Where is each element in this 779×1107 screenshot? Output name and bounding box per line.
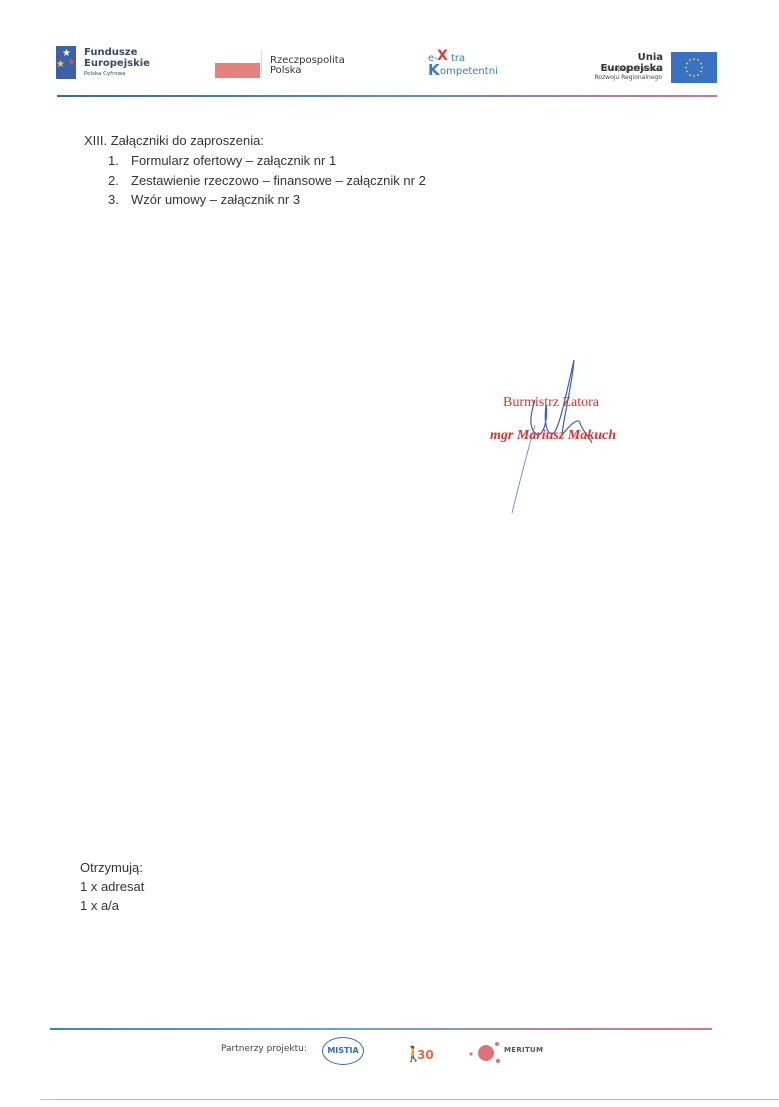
eu-flag-icon xyxy=(671,52,717,83)
list-item: Formularz ofertowy – załącznik nr 1 xyxy=(131,153,336,168)
30-lat-logo-icon: · · · · · · 🚶 30 xyxy=(404,1040,438,1066)
recipients-heading: Otrzymują: xyxy=(80,860,143,875)
meritum-logo-icon: MERITUM xyxy=(468,1040,548,1066)
list-item: Zestawienie rzeczowo – finansowe – załąc… xyxy=(131,173,426,188)
meritum-logo-text: MERITUM xyxy=(504,1046,543,1054)
fundusze-logo-subtext: Polska Cyfrowa xyxy=(84,71,126,77)
list-item-number: 3. xyxy=(108,192,119,207)
recipient-line: 1 x adresat xyxy=(80,879,144,894)
mistia-logo-icon: MISTIA xyxy=(322,1037,364,1065)
section-title: XIII. Załączniki do zaproszenia: xyxy=(84,133,264,148)
list-item-number: 2. xyxy=(108,173,119,188)
fundusze-logo-text: Fundusze xyxy=(84,48,137,58)
star-icon: ★ xyxy=(67,58,76,68)
unia-logo-subtext: Rozwoju Regionalnego xyxy=(583,74,662,81)
page-bottom-edge xyxy=(40,1099,779,1100)
extra-logo-text: tra xyxy=(451,53,465,64)
signature-title: Burmistrz Zatora xyxy=(503,395,599,411)
30-lat-text: 30 xyxy=(417,1048,434,1062)
extra-logo-k: K xyxy=(428,63,440,78)
polish-flag-icon xyxy=(215,63,260,78)
list-item-number: 1. xyxy=(108,153,119,168)
signature-name: mgr Mariusz Makuch xyxy=(490,428,616,444)
partners-label: Partnerzy projektu: xyxy=(221,1044,307,1054)
rzeczpospolita-logo-text: Polska xyxy=(270,65,302,76)
list-item: Wzór umowy – załącznik nr 3 xyxy=(131,192,300,207)
fundusze-europejskie-logo-icon: ★ ★ ★ xyxy=(56,46,76,79)
logo-small-text: · · · · · · xyxy=(410,1040,421,1044)
divider xyxy=(261,50,262,78)
recipient-line: 1 x a/a xyxy=(80,898,119,913)
star-icon: ★ xyxy=(56,60,65,70)
header-divider xyxy=(57,95,717,97)
fundusze-logo-text: Europejskie xyxy=(84,59,150,69)
footer-divider xyxy=(50,1028,712,1030)
extra-logo-text: ompetentni xyxy=(440,66,498,77)
unia-logo-subtext: Europejski Fundusz xyxy=(583,66,662,73)
mistia-logo-text: MISTIA xyxy=(323,1046,363,1055)
